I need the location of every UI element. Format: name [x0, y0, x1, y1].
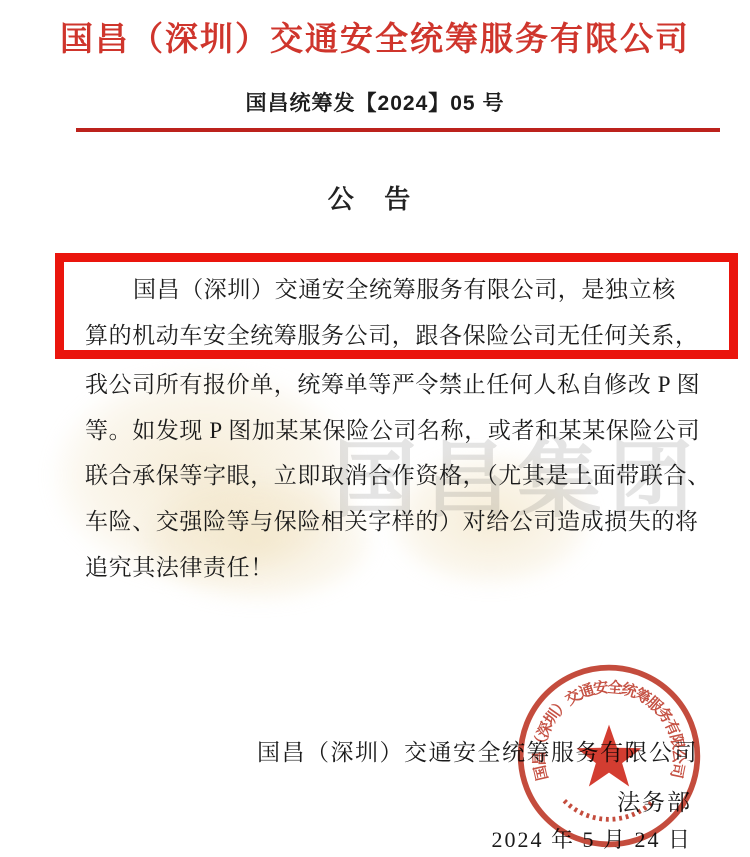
paragraph-line: 等。如发现 P 图加某某保险公司名称，或者和某某保险公司 — [85, 412, 700, 445]
paragraph-line: 我公司所有报价单，统筹单等严令禁止任何人私自修改 P 图 — [85, 366, 700, 399]
red-divider-rule — [76, 128, 720, 132]
notice-heading: 公 告 — [0, 179, 750, 216]
signature-company: 国昌（深圳）交通安全统筹服务有限公司 — [257, 734, 698, 767]
signature-department: 法务部 — [617, 784, 692, 817]
signature-date: 2024 年 5 月 24 日 — [491, 823, 692, 854]
doc-number: 国昌统筹发【2024】05 号 — [0, 87, 750, 117]
company-title: 国昌（深圳）交通安全统筹服务有限公司 — [0, 13, 750, 60]
paragraph-line: 追究其法律责任！ — [85, 549, 274, 582]
paragraph-line: 车险、交强险等与保险相关字样的）对给公司造成损失的将 — [85, 503, 699, 536]
highlight-box — [55, 253, 738, 359]
announcement-document: 国昌集团 国昌（深圳）交通安全统筹服务有限公司 国昌统筹发【2024】05 号 … — [0, 0, 750, 857]
background-blob — [140, 478, 375, 603]
paragraph-line: 联合承保等字眼，立即取消合作资格，（尤其是上面带联合、 — [85, 457, 711, 490]
